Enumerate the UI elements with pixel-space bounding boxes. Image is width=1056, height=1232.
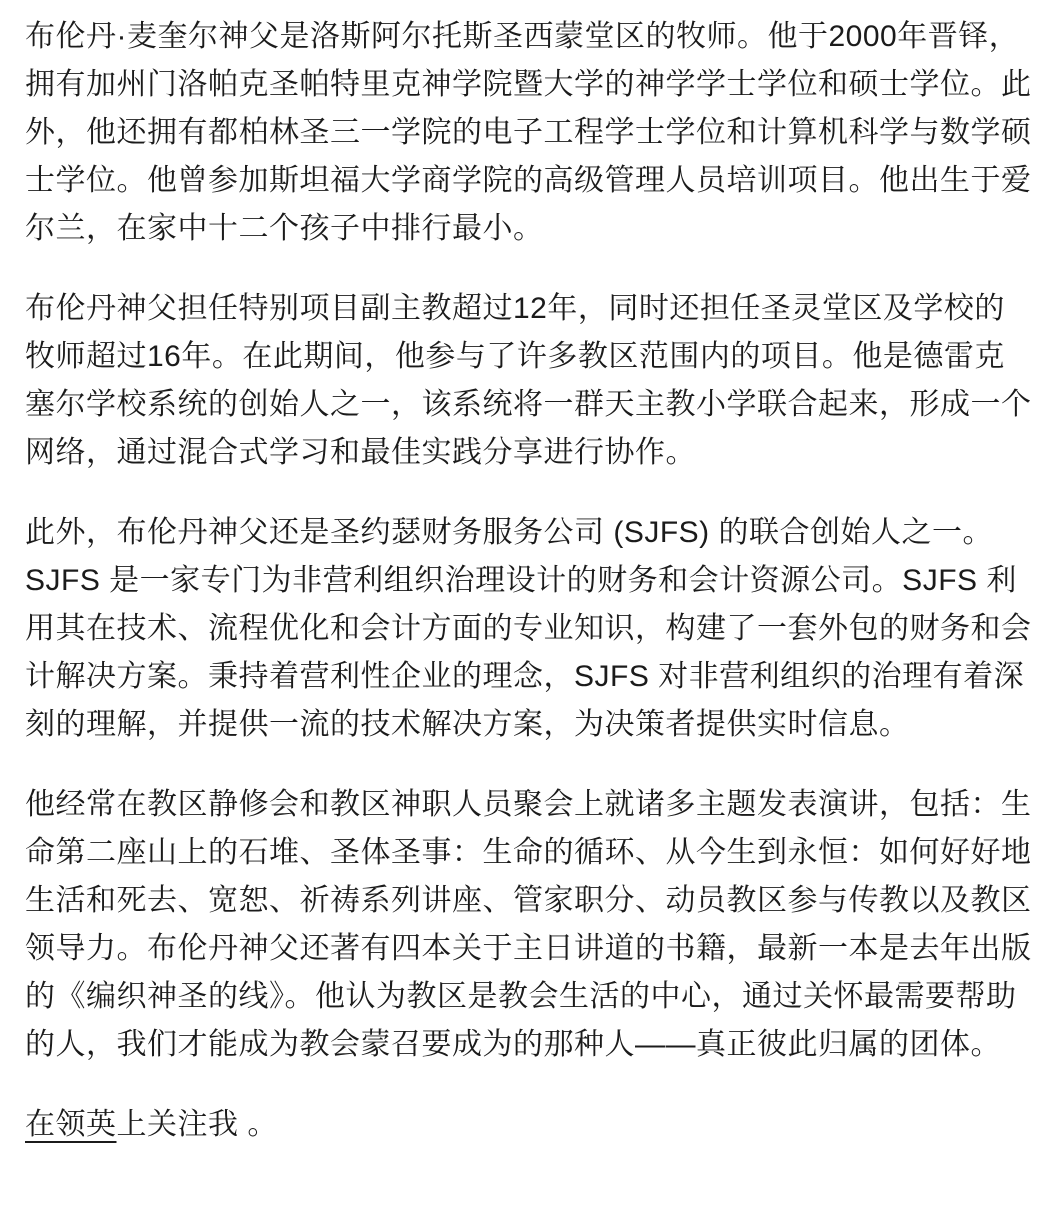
bio-paragraph-ministry: 布伦丹神父担任特别项目副主教超过12年，同时还担任圣灵堂区及学校的牧师超过16年…: [25, 285, 1034, 477]
bio-paragraph-sjfs: 此外，布伦丹神父还是圣约瑟财务服务公司 (SJFS) 的联合创始人之一。SJFS…: [25, 509, 1034, 749]
follow-line: 在领英上关注我 。: [25, 1101, 1034, 1149]
follow-line-text: 上关注我 。: [117, 1108, 278, 1141]
bio-article: 布伦丹·麦奎尔神父是洛斯阿尔托斯圣西蒙堂区的牧师。他于2000年晋铎，拥有加州门…: [0, 0, 1056, 1232]
bio-paragraph-speaking: 他经常在教区静修会和教区神职人员聚会上就诸多主题发表演讲，包括：生命第二座山上的…: [25, 781, 1034, 1069]
linkedin-link[interactable]: 在领英: [25, 1108, 117, 1141]
bio-paragraph-intro: 布伦丹·麦奎尔神父是洛斯阿尔托斯圣西蒙堂区的牧师。他于2000年晋铎，拥有加州门…: [25, 13, 1034, 253]
